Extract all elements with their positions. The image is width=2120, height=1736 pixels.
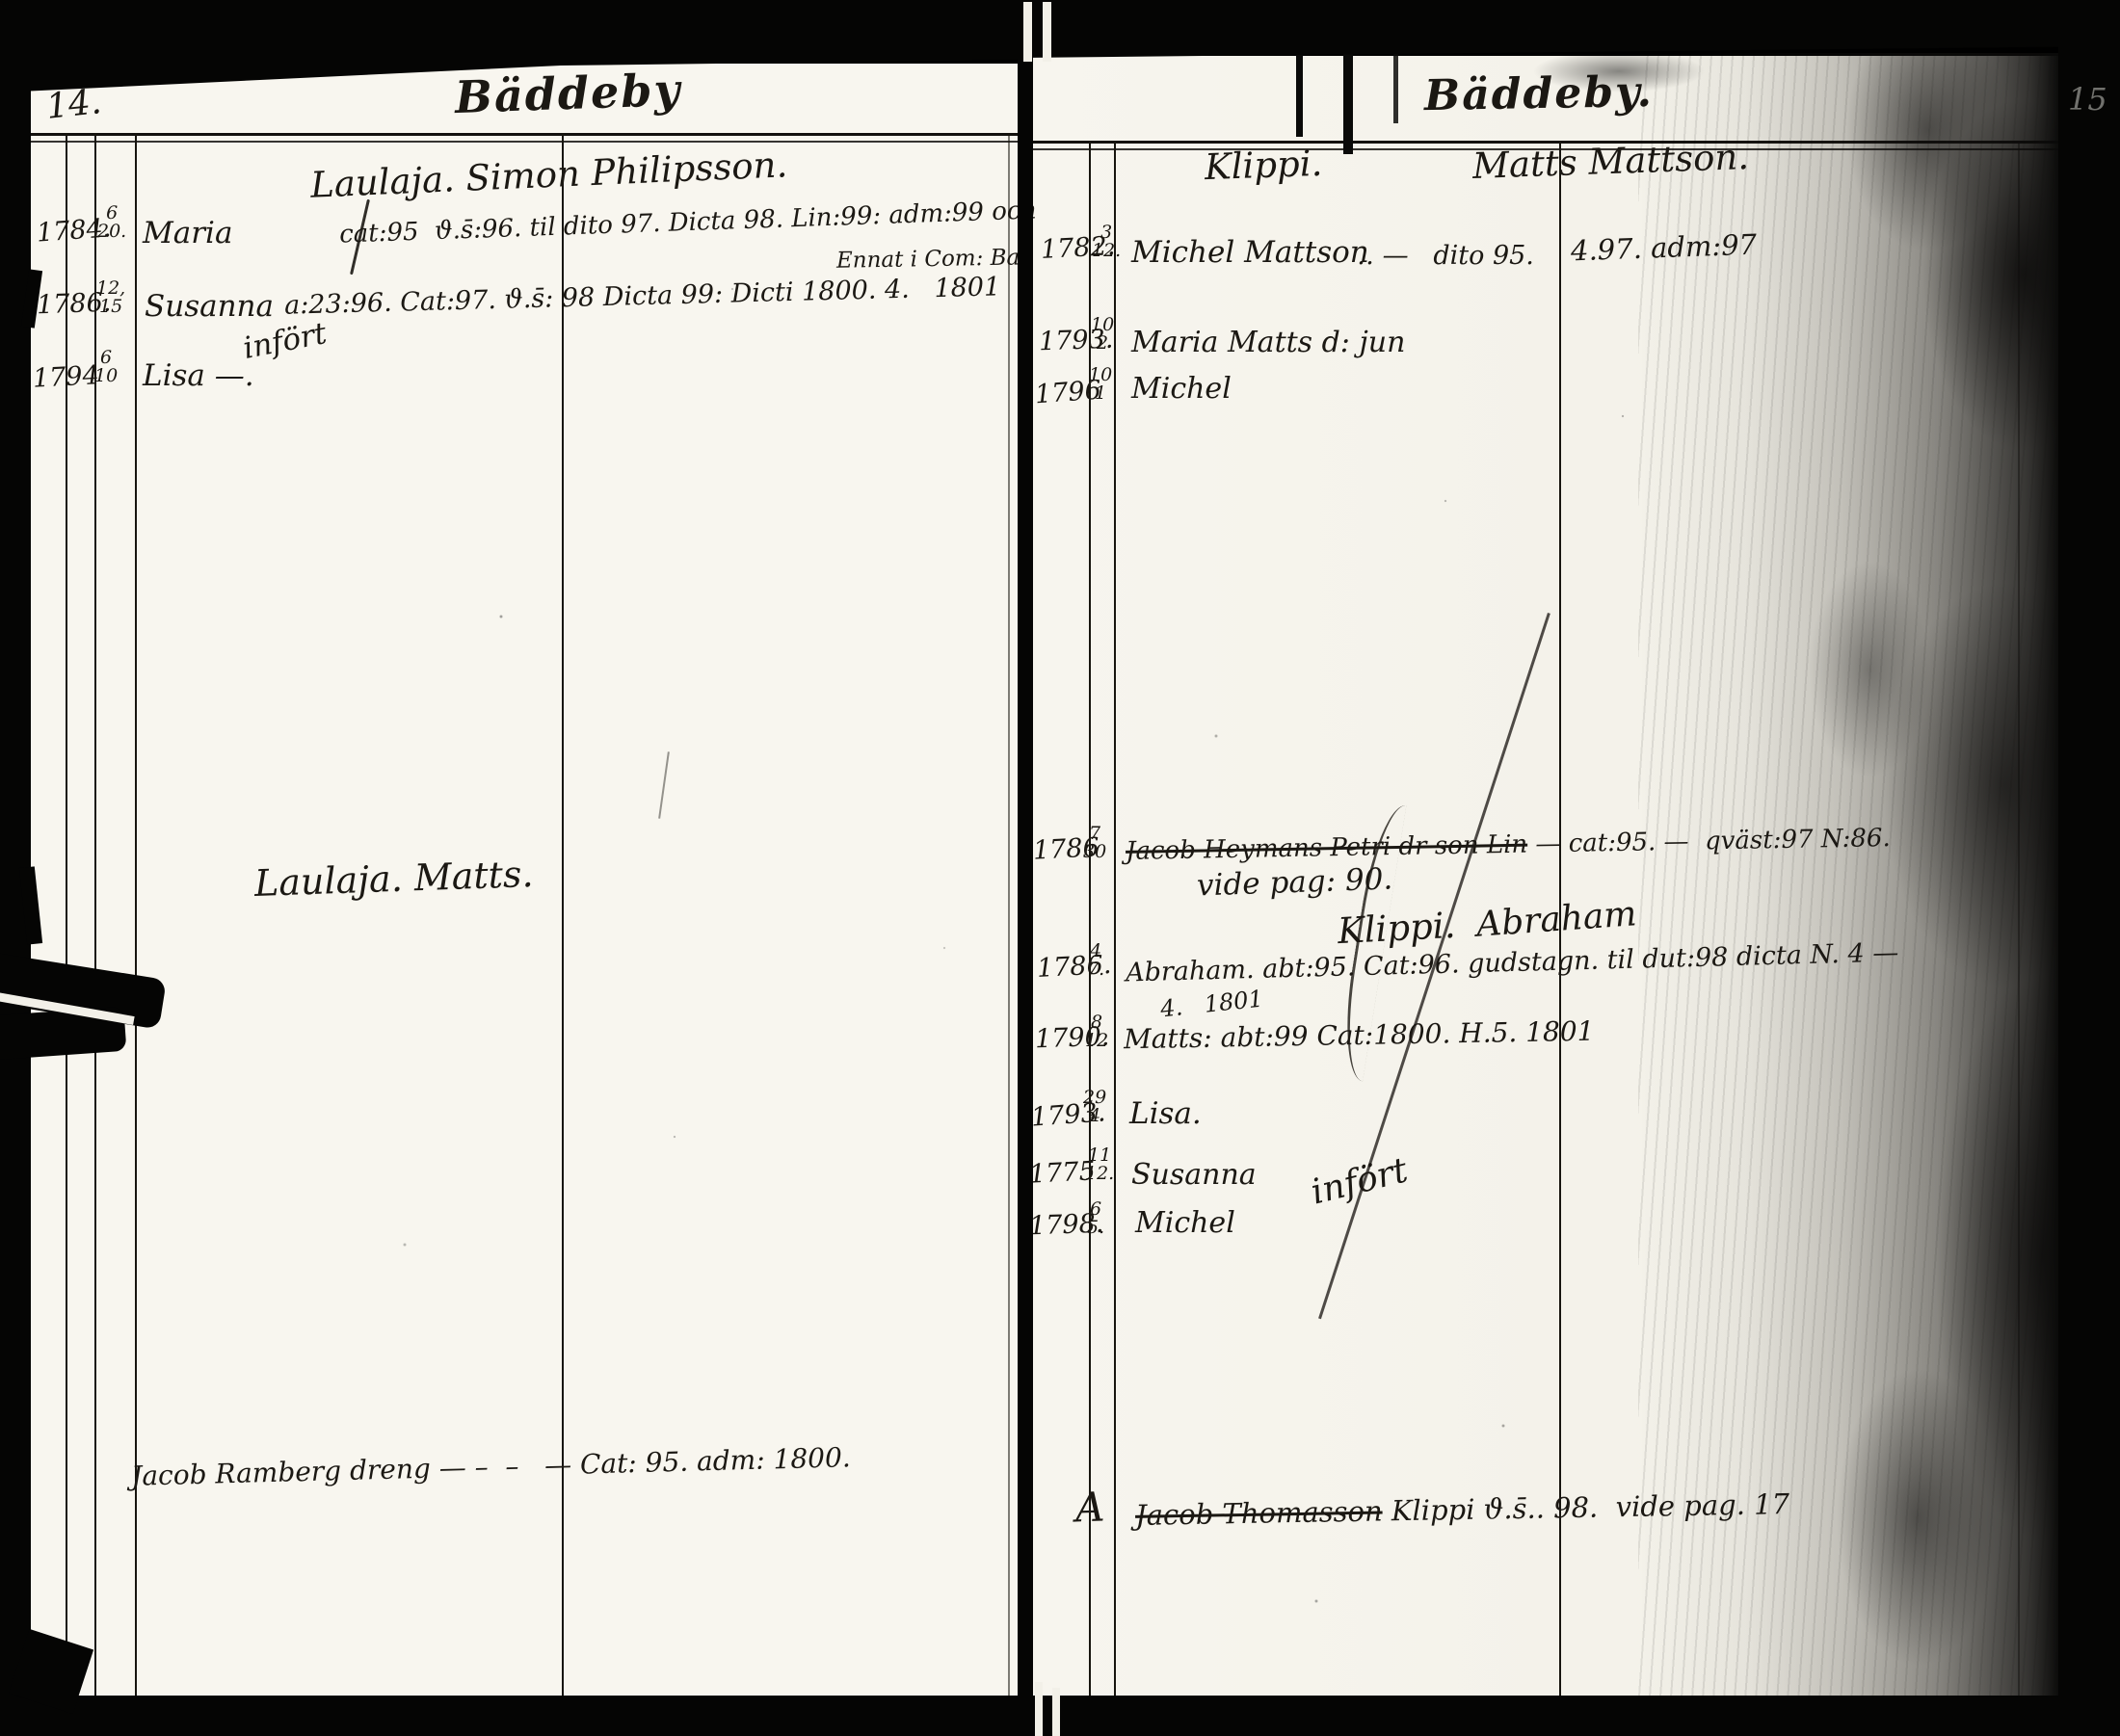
left-page-title: Bäddeby [454, 64, 682, 123]
record-name: Maria Matts d: jun [1131, 326, 1405, 359]
right-page [1033, 56, 2060, 1697]
record-day-fraction: 102 [1091, 316, 1114, 352]
record-day-fraction: 101 [1089, 366, 1112, 402]
record-name: Michel Mattson [1131, 235, 1369, 270]
record-name: Susanna [145, 289, 274, 324]
right-edge-rule [2018, 141, 2020, 1697]
record-day-fraction: 294 [1083, 1089, 1106, 1124]
right-page-number: 15 [2068, 81, 2107, 118]
record-day-fraction: 312. [1092, 224, 1121, 259]
record-day-fraction: 812 [1085, 1013, 1108, 1049]
record-day-fraction: 65. [1087, 1200, 1104, 1236]
record-day-fraction: 1112. [1085, 1146, 1114, 1182]
binding-mark-bottom [1052, 1688, 1060, 1736]
record-name: Susanna [1131, 1158, 1257, 1192]
record-name: Maria [143, 216, 232, 250]
record-notes: 4.97. adm:97 [1570, 228, 1757, 268]
record-day-fraction: 620. [97, 204, 126, 240]
right-edge-band [2058, 0, 2120, 1736]
record-name: Michel [1131, 372, 1232, 406]
binding-mark-bottom [1035, 1682, 1043, 1736]
record-day-fraction: 610 [94, 349, 118, 384]
left-header-rule-bottom [29, 141, 1020, 143]
record-name: Lisa. [1129, 1096, 1202, 1131]
record-name: Lisa —. [143, 358, 254, 393]
record-year: 1794 [32, 360, 99, 394]
binding-shadow [1018, 58, 1033, 1697]
right-section1-heading-place: Klippi. [1204, 143, 1323, 188]
scanned-parish-register-spread: 14. Bäddeby Laulaja. Simon Philipsson. 1… [0, 0, 2120, 1736]
margin-letter: A [1074, 1483, 1105, 1531]
left-edge-rule [1008, 133, 1010, 1697]
binding-mark-top [1043, 2, 1051, 62]
record-day-fraction: 730 [1083, 825, 1106, 860]
record-day-fraction: 12,15 [96, 279, 125, 315]
record-notes-line2: Ennat i Com: Bal, [836, 245, 1034, 274]
left-header-rule-top [29, 133, 1020, 136]
right-page-title: Bäddeby. [1424, 67, 1655, 120]
right-date-column-rule [1114, 141, 1116, 1697]
binding-mark-top [1023, 2, 1032, 62]
record-day-fraction: 47. [1087, 942, 1104, 978]
bottom-band [0, 1696, 2120, 1736]
record-notes: ‥ — dito 95. [1357, 241, 1534, 271]
struck-text: Jacob Thomasson [1135, 1494, 1383, 1531]
record-name: Michel [1135, 1206, 1235, 1240]
top-tear-band-right [1020, 0, 2120, 58]
